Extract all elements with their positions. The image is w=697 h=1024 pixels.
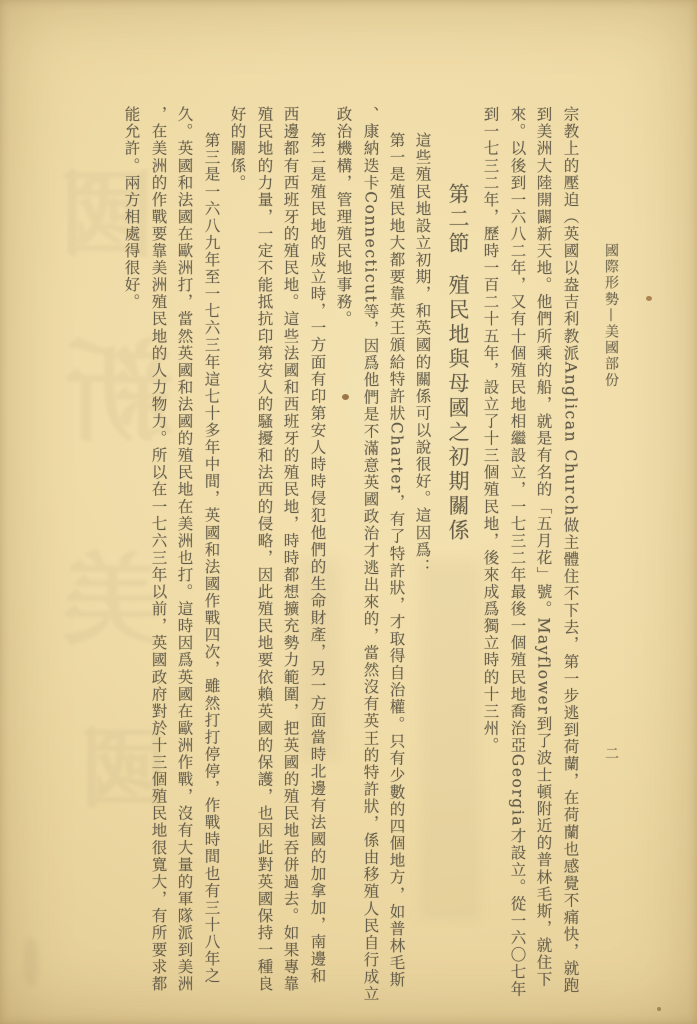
- section-title: 殖民地與母國之初期關係: [446, 274, 470, 544]
- text-column: 宗教上的壓迫（英國以盎吉利教派Anglican Church做主體住不下去，第一…: [562, 106, 578, 994]
- text-column: 這些殖民地設立初期，和英國的關係可以說很好。這因爲：: [414, 132, 430, 575]
- running-head: 國際形勢—美國部份: [604, 243, 618, 389]
- section-heading: 第二節殖民地與母國之初期關係: [447, 183, 468, 543]
- text-column: 能允許。兩方相處得很好。: [123, 106, 139, 311]
- text-column: 西邊都有西班牙的殖民地。這些法國和西班牙的殖民地，時時都想擴充勢力範圍，把英國的…: [282, 106, 298, 993]
- ghost-smudge: [420, 560, 480, 920]
- section-label: 第二節: [446, 183, 470, 257]
- paper-stain: [657, 1007, 661, 1011]
- text-column: 到一七三二年，歷時一百二十五年，設立了十三個殖民地，後來成爲獨立時的十三州。: [482, 106, 498, 754]
- text-column: 好的關係。: [229, 106, 245, 191]
- text-column: 殖民地的力量，一定不能抵抗印第安人的騷擾和法西的侵略，因此殖民地要依賴英國的保護…: [256, 106, 272, 993]
- paper-stain: [342, 394, 349, 400]
- text-column: 政治機構，管理殖民地事務。: [335, 106, 351, 328]
- page-number: 二: [604, 746, 618, 762]
- text-column: 第一是殖民地大都要靠英王頒給特許狀Charter，有了特許狀，才取得自治權。只有…: [388, 132, 404, 988]
- text-column: ，在美洲的作戰要靠美洲殖民地的人力物力。所以在一七六三年以前，英國政府對於十三個…: [150, 106, 166, 993]
- paper-stain: [646, 296, 652, 301]
- scanned-page: 國新美國 國際形勢—美國部份 二 第二節殖民地與母國之初期關係 宗教上的壓迫（英…: [0, 0, 697, 1024]
- text-column: 到美洲大陸開闢新天地。他們所乘的船，就是有名的「五月花」號。Mayflower到…: [535, 106, 551, 988]
- text-column: 久。英國和法國在歐洲打，當然英國和法國的殖民地在美洲也打。這時因爲英國在歐洲作戰…: [176, 106, 192, 993]
- text-column: 來。以後到一六八二年，又有十個殖民地相繼設立，一七三二年最後一個殖民地喬治亞Ge…: [509, 106, 525, 998]
- ghost-glyph: 美: [62, 520, 162, 664]
- text-column: 、康納迭卡Connecticut等，因爲他們是不滿意英國政治才逃出來的，當然沒有…: [362, 106, 378, 1002]
- text-column: 第三是一六八九年至一七六三年這七十多年中間，英國和法國作戰四次，雖然打打停停，作…: [203, 132, 219, 985]
- paper-stain: [24, 938, 38, 986]
- text-column: 第二是殖民地的成立時，一方面有印第安人時時侵犯他們的生命財產，另一方面當時北邊有…: [309, 132, 325, 985]
